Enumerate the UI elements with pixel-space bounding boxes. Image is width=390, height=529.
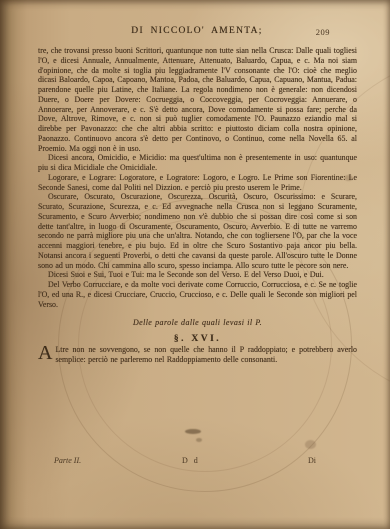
section-heading: §. XVI. bbox=[38, 335, 357, 345]
body-paragraph: tre, che trovansi presso buoni Scrittori… bbox=[38, 46, 357, 153]
page-number: 209 bbox=[316, 27, 330, 37]
ink-smudge bbox=[305, 440, 316, 449]
page-footer: Parte II. D d Di bbox=[0, 456, 390, 468]
gathering-signature: D d bbox=[182, 456, 200, 465]
dropcap-initial: A bbox=[38, 345, 55, 362]
volume-label: Parte II. bbox=[54, 456, 81, 465]
text-block: tre, che trovansi presso buoni Scrittori… bbox=[38, 46, 357, 364]
body-paragraph: Del Verbo Corrucciare, e da molte voci d… bbox=[38, 280, 357, 309]
running-header: DI NICCOLO' AMENTA; 209 bbox=[38, 26, 356, 40]
body-paragraph: Dicesi ancora, Omicidio, e Micidio: ma q… bbox=[38, 153, 357, 173]
catchword: Di bbox=[308, 456, 316, 465]
body-paragraph: Dicesi Suoi e Sui, Tuoi e Tui: ma le Sec… bbox=[38, 270, 357, 280]
scanned-book-page: DI NICCOLO' AMENTA; 209 tre, che trovans… bbox=[0, 0, 390, 529]
dropcap-paragraph: ALtre non ne sovvengono, se non quelle c… bbox=[38, 345, 357, 365]
dropcap-paragraph-text: Ltre non ne sovvengono, se non quelle ch… bbox=[55, 345, 357, 364]
ink-smudge bbox=[196, 438, 202, 442]
body-paragraph: Oscurare, Oscurato, Oscurazione, Oscurez… bbox=[38, 192, 357, 270]
section-divider-line: Delle parole dalle quali levasi il P. bbox=[38, 318, 357, 328]
body-paragraph: Logorare, e Lograre: Logoratore, e Logra… bbox=[38, 173, 357, 193]
ink-smudge bbox=[185, 429, 201, 434]
chapter-title: DI NICCOLO' AMENTA; bbox=[38, 26, 356, 36]
